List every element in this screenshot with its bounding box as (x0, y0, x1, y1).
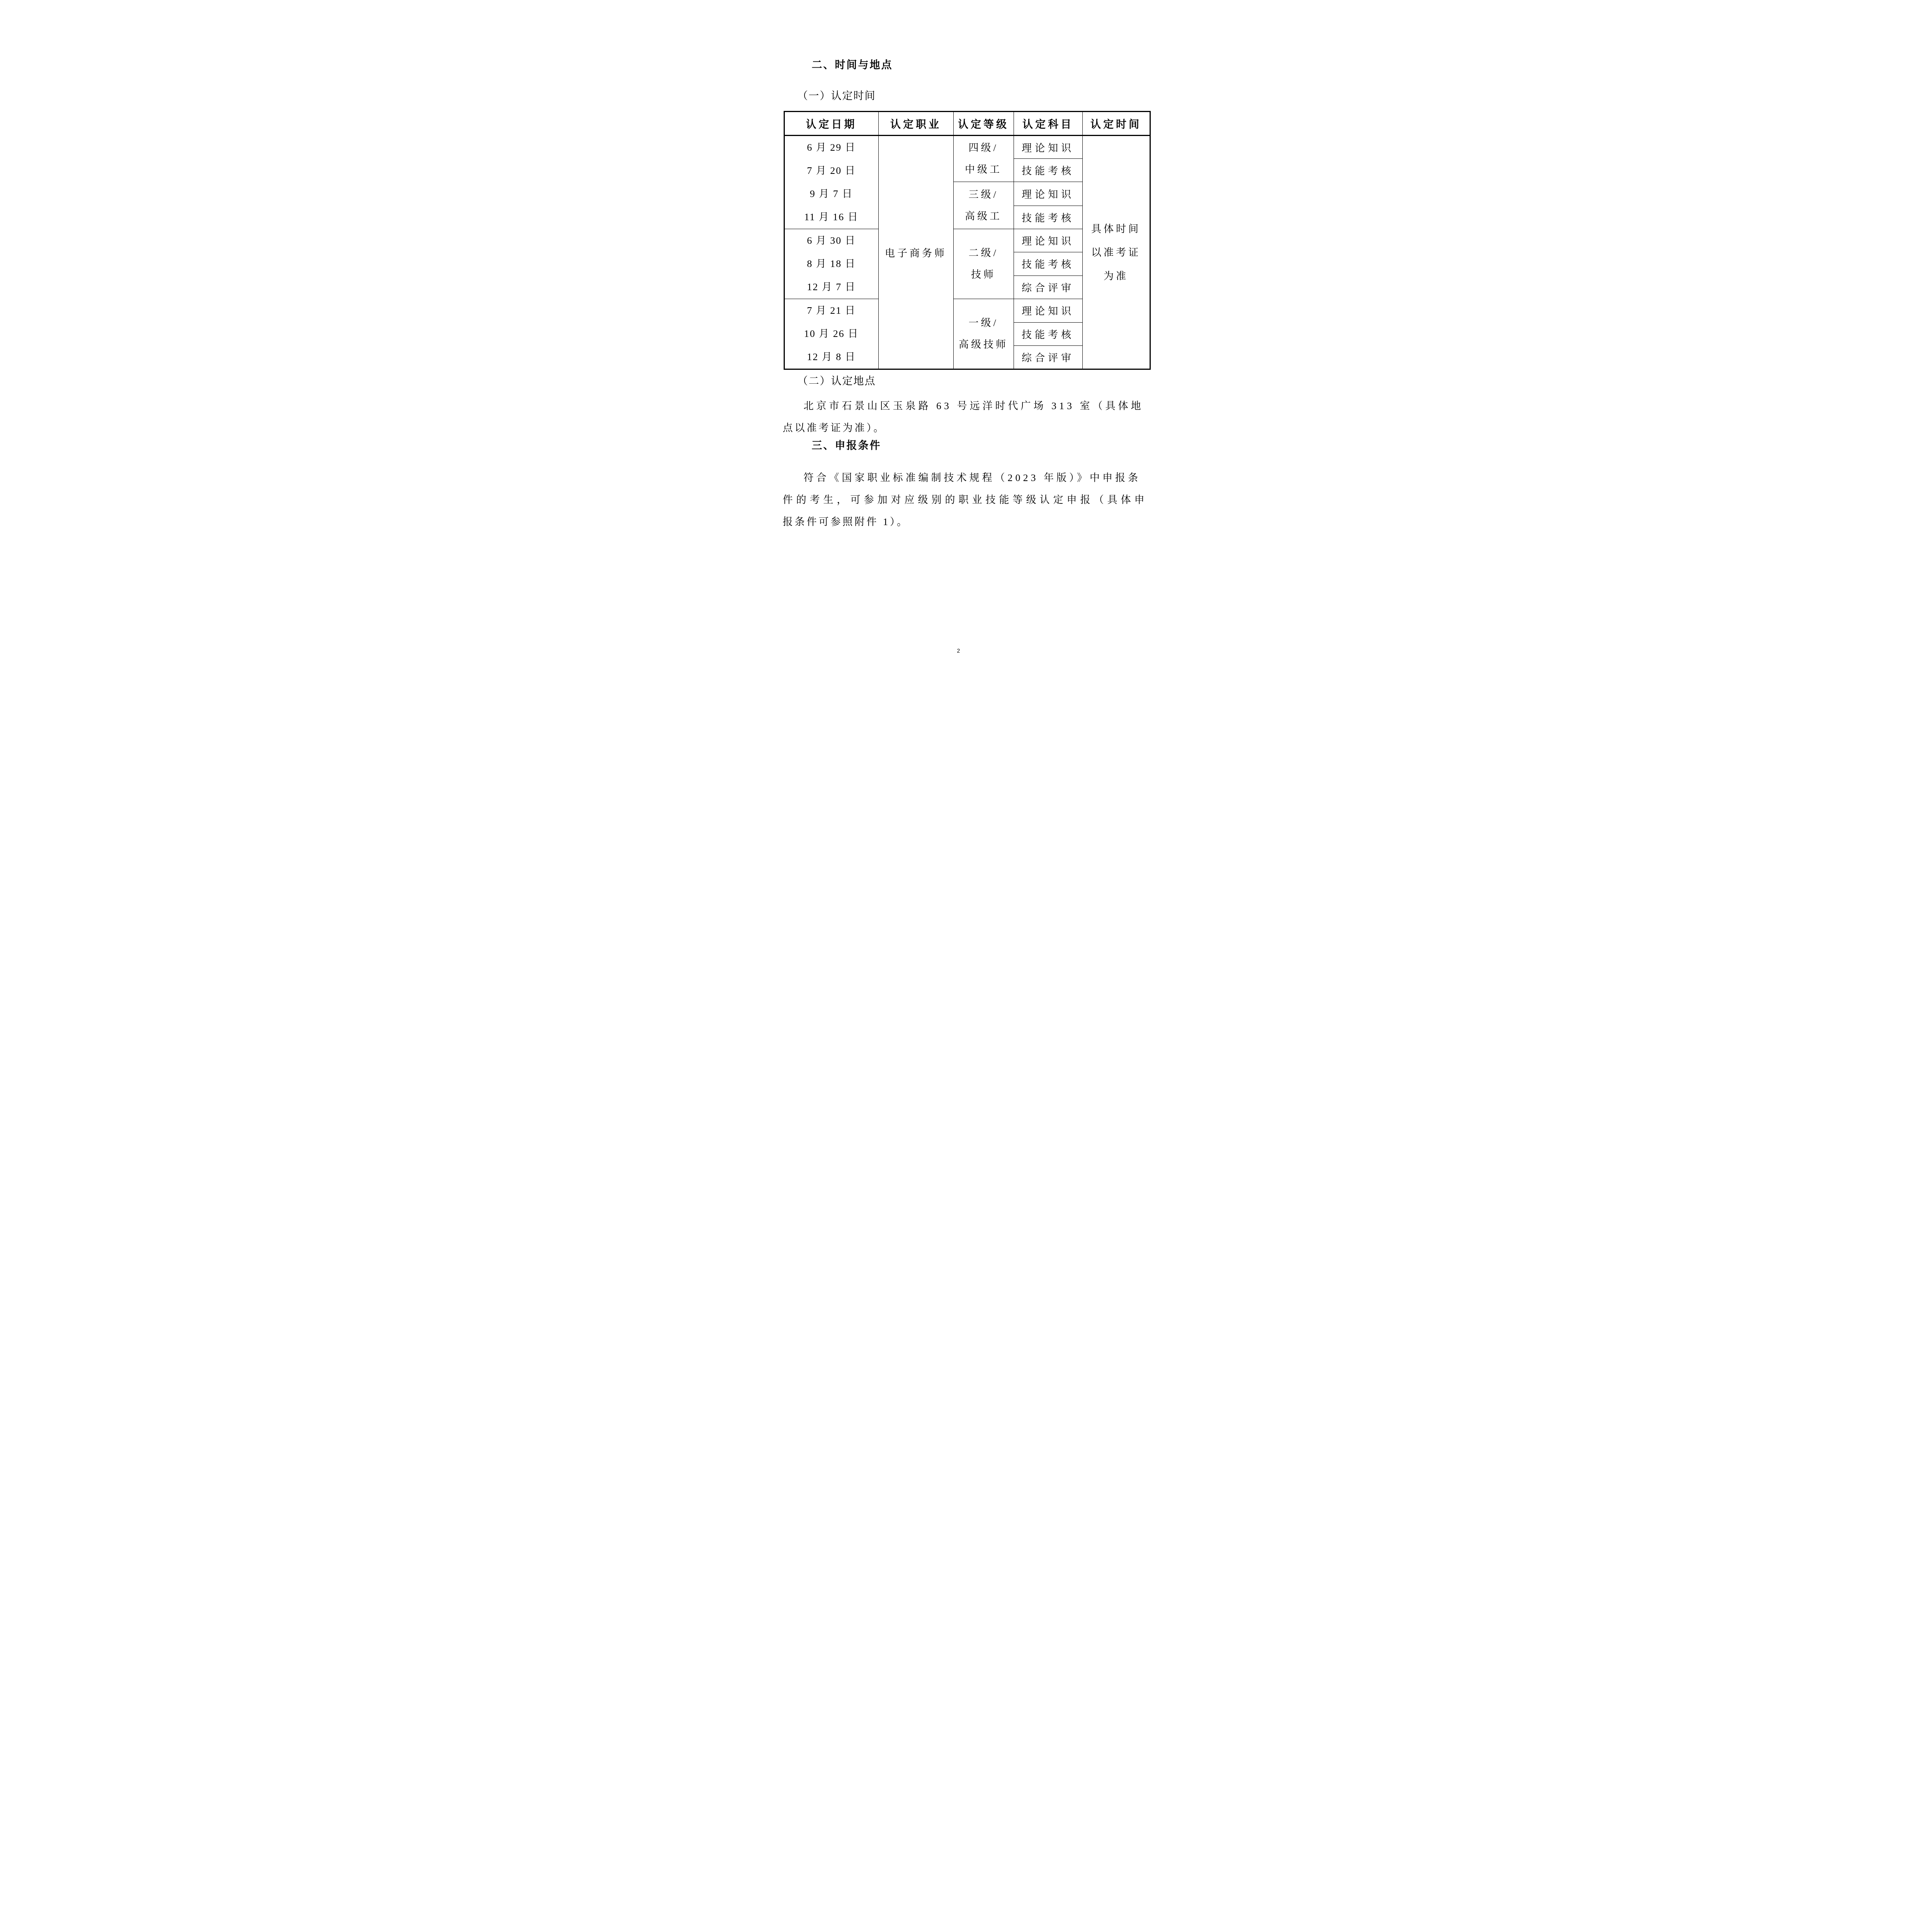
section-heading-time-location: 二、时间与地点 (812, 56, 893, 71)
col-header-occupation: 认定职业 (878, 112, 953, 136)
subject-cell: 综合评审 (1014, 276, 1082, 299)
subsection-heading-certification-location: （二）认定地点 (798, 372, 876, 388)
certification-schedule-table: 认定日期 认定职业 认定等级 认定科目 认定时间 6 月 29 日 7 月 20… (784, 111, 1151, 370)
col-header-level: 认定等级 (953, 112, 1014, 136)
level-line: 三级/ (954, 184, 1014, 206)
occupation-cell: 电子商务师 (878, 136, 953, 369)
document-page: 二、时间与地点 （一）认定时间 认定日期 认定职业 认定等级 认定科目 认定时间… (719, 0, 1198, 678)
date-line: 6 月 30 日 (785, 229, 878, 252)
col-header-subject: 认定科目 (1014, 112, 1082, 136)
level-line: 四级/ (954, 137, 1014, 159)
date-line: 9 月 7 日 (785, 182, 878, 206)
time-note-cell: 具体时间 以准考证 为准 (1082, 136, 1150, 369)
date-line: 7 月 20 日 (785, 159, 878, 182)
subsection-heading-certification-time: （一）认定时间 (798, 87, 876, 102)
section-heading-application-conditions: 三、申报条件 (812, 437, 881, 452)
time-note-line: 为准 (1083, 264, 1150, 288)
subject-cell: 理论知识 (1014, 136, 1082, 159)
conditions-paragraph-line-1: 符合《国家职业标准编制技术规程（2023 年版）》中申报条 (804, 470, 1141, 484)
date-line: 12 月 7 日 (785, 276, 878, 299)
subject-cell: 理论知识 (1014, 299, 1082, 323)
level-line: 一级/ (954, 312, 1014, 334)
level-line: 二级/ (954, 242, 1014, 264)
date-line: 12 月 8 日 (785, 345, 878, 369)
subject-cell: 理论知识 (1014, 229, 1082, 252)
subject-cell: 理论知识 (1014, 182, 1082, 206)
time-note-line: 具体时间 (1083, 217, 1150, 241)
date-line: 6 月 29 日 (785, 136, 878, 159)
date-group-cell-1: 6 月 29 日 7 月 20 日 9 月 7 日 11 月 16 日 (784, 136, 878, 229)
conditions-paragraph-line-3: 报条件可参照附件 1）。 (783, 514, 909, 528)
subject-cell: 技能考核 (1014, 252, 1082, 276)
time-note-line: 以准考证 (1083, 241, 1150, 264)
subject-cell: 技能考核 (1014, 322, 1082, 346)
date-group-cell-2: 6 月 30 日 8 月 18 日 12 月 7 日 (784, 229, 878, 299)
col-header-date: 认定日期 (784, 112, 878, 136)
level-line: 中级工 (954, 159, 1014, 180)
date-line: 11 月 16 日 (785, 206, 878, 229)
date-line: 10 月 26 日 (785, 322, 878, 345)
col-header-time: 认定时间 (1082, 112, 1150, 136)
level-line: 高级技师 (954, 334, 1014, 355)
date-line: 7 月 21 日 (785, 299, 878, 322)
subject-cell: 综合评审 (1014, 346, 1082, 369)
table-header-row: 认定日期 认定职业 认定等级 认定科目 认定时间 (784, 112, 1150, 136)
page-number: 2 (719, 648, 1198, 654)
level-line: 高级工 (954, 206, 1014, 227)
conditions-paragraph-line-2: 件的考生，可参加对应级别的职业技能等级认定申报（具体申 (783, 492, 1148, 506)
level-cell-1: 一级/ 高级技师 (953, 299, 1014, 369)
subject-cell: 技能考核 (1014, 159, 1082, 182)
level-line: 技师 (954, 264, 1014, 286)
level-cell-4: 四级/ 中级工 (953, 136, 1014, 182)
date-line: 8 月 18 日 (785, 252, 878, 276)
table-row: 6 月 29 日 7 月 20 日 9 月 7 日 11 月 16 日 电子商务… (784, 136, 1150, 159)
subject-cell: 技能考核 (1014, 206, 1082, 229)
level-cell-3: 三级/ 高级工 (953, 182, 1014, 229)
location-paragraph-line-1: 北京市石景山区玉泉路 63 号远洋时代广场 313 室（具体地 (804, 398, 1144, 412)
level-cell-2: 二级/ 技师 (953, 229, 1014, 299)
date-group-cell-3: 7 月 21 日 10 月 26 日 12 月 8 日 (784, 299, 878, 369)
location-paragraph-line-2: 点以准考证为准）。 (783, 420, 886, 434)
